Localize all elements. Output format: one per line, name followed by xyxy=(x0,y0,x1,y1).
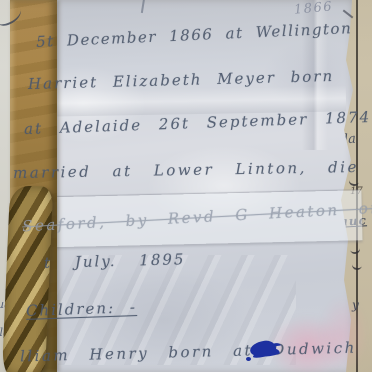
document-photo: la 17 auc y ua ila 5t December 1866 at W… xyxy=(0,0,372,372)
handwritten-line-name: Harriet Elizabeth Meyer born xyxy=(28,67,335,93)
handwritten-text-block: 5t December 1866 at Wellington Harriet E… xyxy=(0,0,372,372)
handwritten-line-birth-date: 5t December 1866 at Wellington xyxy=(36,19,353,51)
handwritten-line-place-date: at Adelaide 26t September 1874 xyxy=(24,108,372,138)
handwritten-heading-children: Children: - xyxy=(26,298,137,320)
handwritten-line-marriage: married at Lower Linton, die xyxy=(13,158,359,182)
handwritten-line-child: lliam Henry born at Dudwich xyxy=(20,339,357,366)
handwritten-line-date: t July. 1895 xyxy=(44,250,186,272)
handwritten-line-struck-through: Seaford, by Revd G Heaton on xyxy=(22,199,372,236)
blue-ink-speck xyxy=(246,357,251,361)
